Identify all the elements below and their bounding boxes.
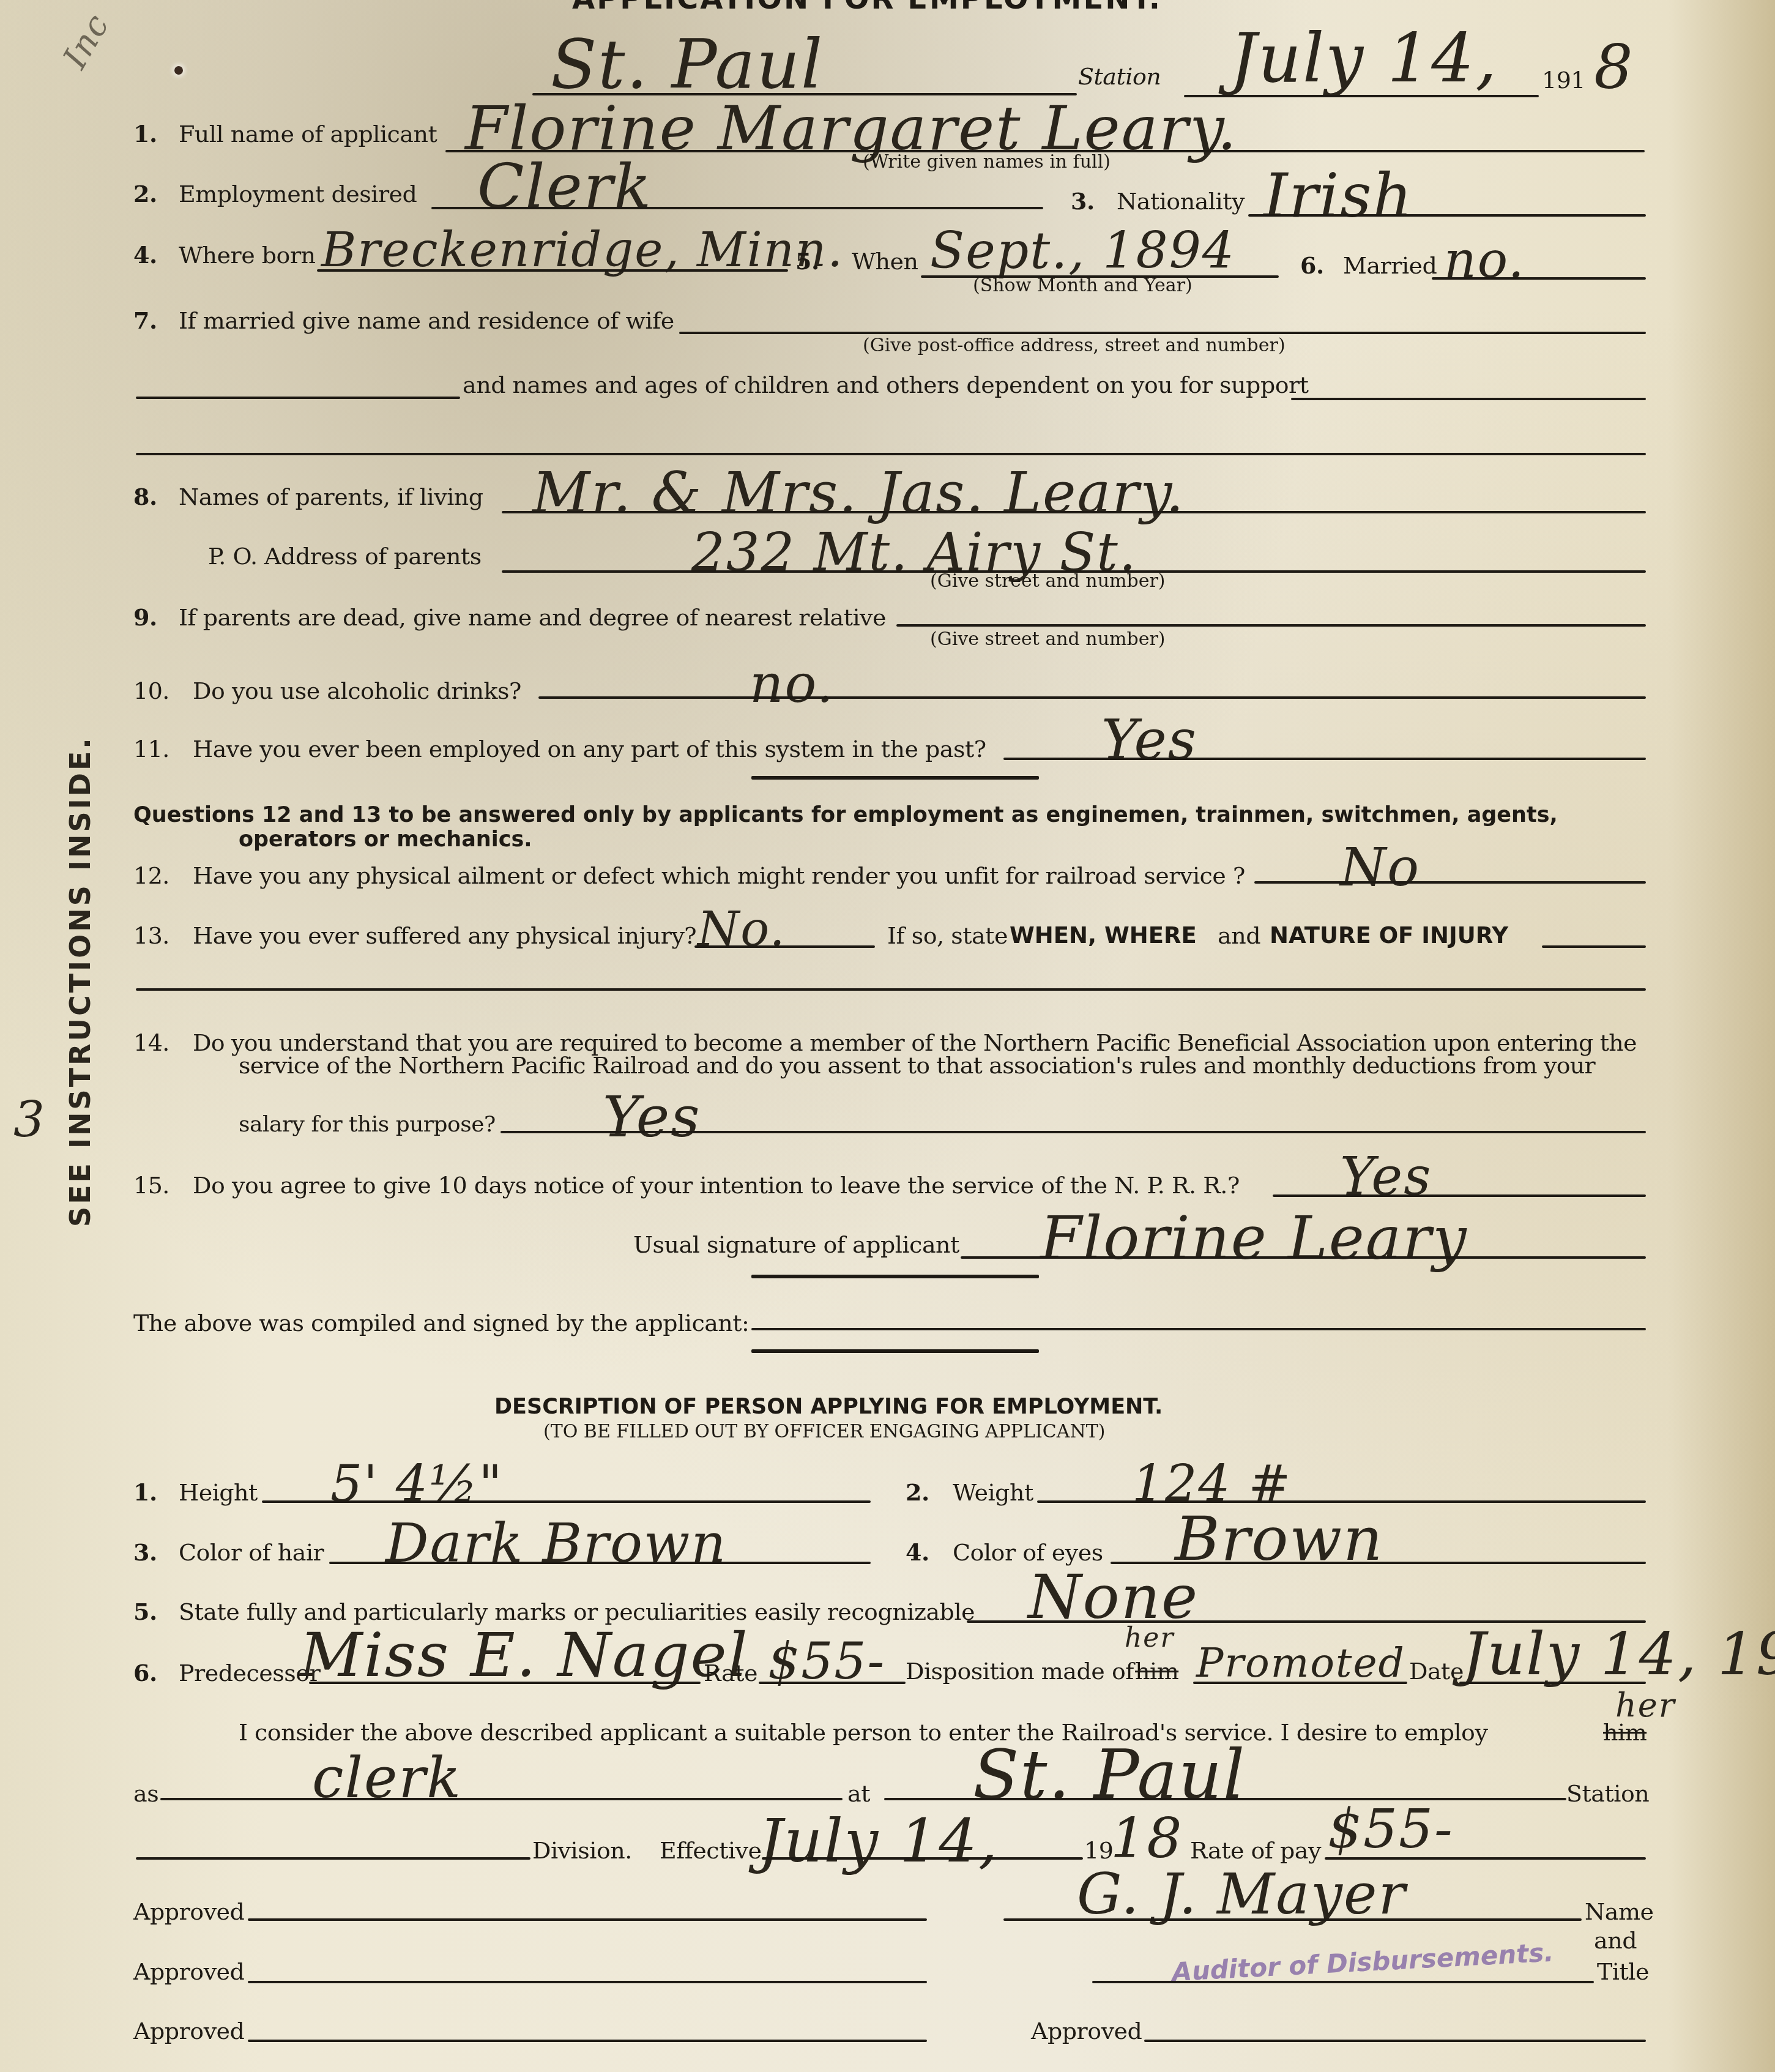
birth-date-hint: (Show Month and Year) <box>973 277 1193 295</box>
q11-label: Have you ever been employed on any part … <box>193 737 986 761</box>
effective-date-field[interactable] <box>762 1857 1083 1860</box>
nationality-field[interactable] <box>1248 214 1646 217</box>
rate-of-pay-value[interactable]: $55- <box>1328 1802 1454 1856</box>
description-subheading: (TO BE FILLED OUT BY OFFICER ENGAGING AP… <box>543 1423 1105 1441</box>
form-title: APPLICATION FOR EMPLOYMENT. <box>572 0 1162 13</box>
position-field[interactable] <box>160 1798 843 1800</box>
corner-annotation: Inc <box>58 9 115 74</box>
disposition-value[interactable]: Promoted <box>1196 1643 1405 1683</box>
at-label: at <box>847 1782 870 1805</box>
d6-label: Predecessor <box>179 1661 320 1685</box>
eye-color-value[interactable]: Brown <box>1175 1508 1384 1570</box>
q3-label: Nationality <box>1117 190 1245 213</box>
q7-number: 7. <box>133 309 157 332</box>
q7-label: If married give name and residence of wi… <box>179 309 674 332</box>
q3-number: 3. <box>1071 190 1095 213</box>
q13-when-where-label: WHEN, WHERE <box>1010 924 1197 947</box>
wife-residence-field[interactable] <box>679 332 1646 334</box>
q6-label: Married <box>1343 254 1437 277</box>
location-field[interactable] <box>884 1798 1566 1800</box>
q15-number: 15. <box>133 1174 169 1197</box>
q10-number: 10. <box>133 679 169 702</box>
station-label: Station <box>1078 65 1161 88</box>
q5-label: When <box>852 250 918 273</box>
q12-label: Have you any physical ailment or defect … <box>193 864 1245 887</box>
q2-number: 2. <box>133 182 157 206</box>
q1-label: Full name of applicant <box>179 122 437 146</box>
q13-ifso-label: If so, state <box>887 924 1008 947</box>
divider <box>751 1275 1039 1278</box>
approved-field-4[interactable] <box>1144 2040 1646 2042</box>
q7-continuation-field[interactable] <box>136 397 460 399</box>
description-heading: DESCRIPTION OF PERSON APPLYING FOR EMPLO… <box>494 1396 1163 1418</box>
disposition-field[interactable] <box>1193 1682 1407 1684</box>
q13-label: Have you ever suffered any physical inju… <box>193 924 696 947</box>
q14-line2: service of the Northern Pacific Railroad… <box>239 1054 1595 1077</box>
q4-label: Where born <box>179 244 316 267</box>
parents-names-field[interactable] <box>502 511 1646 513</box>
dependents-field[interactable] <box>1291 398 1646 400</box>
margin-instructions-note: SEE INSTRUCTIONS INSIDE. <box>64 736 97 1227</box>
height-field[interactable] <box>262 1500 871 1503</box>
physical-injury-field[interactable] <box>694 945 875 948</box>
q1-number: 1. <box>133 122 157 146</box>
nearest-relative-field[interactable] <box>896 624 1646 627</box>
q14-line1: Do you understand that you are required … <box>193 1031 1637 1054</box>
approved-field-1[interactable] <box>248 1918 927 1921</box>
approved-label-4: Approved <box>1031 2019 1142 2043</box>
officer-title-field[interactable] <box>1092 1981 1594 1983</box>
station-suffix-label: Station <box>1566 1782 1649 1805</box>
q15-label: Do you agree to give 10 days notice of y… <box>193 1174 1240 1197</box>
divider <box>751 1349 1039 1353</box>
nbpa-assent-value[interactable]: Yes <box>603 1089 701 1146</box>
notice-agreement-field[interactable] <box>1273 1194 1646 1197</box>
q8-number: 8. <box>133 485 157 509</box>
officer-name-field[interactable] <box>1003 1918 1582 1921</box>
q2-label: Employment desired <box>179 182 417 206</box>
signature-label: Usual signature of applicant <box>633 1233 959 1256</box>
disposition-date-label: Date <box>1409 1660 1464 1683</box>
predecessor-rate-value[interactable]: $55- <box>768 1637 885 1687</box>
d2-label: Weight <box>953 1481 1033 1504</box>
d6-number: 6. <box>133 1661 157 1685</box>
consider-statement: I consider the above described applicant… <box>239 1721 1487 1744</box>
d4-number: 4. <box>906 1541 929 1564</box>
compiled-label: The above was compiled and signed by the… <box>133 1311 749 1335</box>
q4-number: 4. <box>133 244 157 267</box>
applicant-signature-value[interactable]: Florine Leary <box>1040 1209 1468 1269</box>
q13-and-label: and <box>1218 924 1260 947</box>
disposition-date-value[interactable]: July 14, 1918 <box>1462 1625 1775 1683</box>
q10-label: Do you use alcoholic drinks? <box>193 679 521 702</box>
year-prefix: 191 <box>1542 69 1585 92</box>
injury-details-field-2[interactable] <box>136 988 1646 991</box>
predecessor-rate-field[interactable] <box>759 1682 906 1684</box>
d1-label: Height <box>179 1481 258 1504</box>
d3-number: 3. <box>133 1541 157 1564</box>
approved-label-1: Approved <box>133 1900 244 1923</box>
employment-application-form: Inc SEE INSTRUCTIONS INSIDE. 3 APPLICATI… <box>0 0 1775 2072</box>
effective-year-suffix[interactable]: 18 <box>1111 1811 1183 1866</box>
q11-number: 11. <box>133 737 169 761</box>
officer-title-stamp: Auditor of Disbursements. <box>1171 1937 1554 1988</box>
divider <box>751 776 1039 780</box>
predecessor-value[interactable]: Miss E. Nagel <box>300 1625 749 1686</box>
peculiarities-value[interactable]: None <box>1028 1567 1199 1628</box>
q13-nature-label: NATURE OF INJURY <box>1270 924 1508 947</box>
rate-of-pay-field[interactable] <box>1325 1857 1646 1860</box>
injury-details-field[interactable] <box>1542 945 1646 948</box>
parents-address-label: P. O. Address of parents <box>208 545 482 568</box>
employment-desired-field[interactable] <box>431 207 1043 209</box>
where-born-value[interactable]: Breckenridge, Minn. <box>321 226 844 274</box>
d3-label: Color of hair <box>179 1541 324 1564</box>
q13-number: 13. <box>133 924 169 947</box>
officer-name-value[interactable]: G. J. Mayer <box>1077 1866 1406 1923</box>
q14-line3: salary for this purpose? <box>239 1114 496 1136</box>
wife-residence-hint: (Give post-office address, street and nu… <box>863 337 1286 355</box>
q5-number: 5. <box>795 250 819 273</box>
approved-field-2[interactable] <box>248 1981 927 1983</box>
effective-date-value[interactable]: July 14, <box>759 1811 999 1871</box>
title-label: Title <box>1597 1960 1649 1983</box>
disposition-date-field[interactable] <box>1459 1682 1646 1684</box>
q7-dependents-label: and names and ages of children and other… <box>463 373 1309 397</box>
effective-year-prefix: 19 <box>1084 1839 1113 1862</box>
full-name-hint: (Write given names in full) <box>863 153 1111 171</box>
q9-number: 9. <box>133 606 157 629</box>
rate-of-pay-label: Rate of pay <box>1190 1839 1321 1862</box>
hair-color-field[interactable] <box>329 1562 871 1564</box>
disposition-struck-word: him <box>1135 1660 1178 1683</box>
dependents-field-2[interactable] <box>136 453 1646 455</box>
applicant-signature-field[interactable] <box>961 1256 1646 1259</box>
disposition-label: Disposition made of <box>906 1660 1134 1683</box>
predecessor-rate-label: Rate <box>704 1661 757 1685</box>
nearest-relative-hint: (Give street and number) <box>930 630 1165 649</box>
nationality-value[interactable]: Irish <box>1263 165 1413 226</box>
station-value[interactable]: St. Paul <box>551 31 824 98</box>
effective-label: Effective <box>660 1839 762 1862</box>
q6-number: 6. <box>1300 254 1324 277</box>
punch-hole <box>174 66 183 75</box>
margin-number: 3 <box>13 1095 46 1144</box>
where-born-field[interactable] <box>317 269 788 272</box>
compiled-field[interactable] <box>751 1328 1646 1330</box>
consider-correction: her <box>1615 1689 1676 1722</box>
approved-label-3: Approved <box>133 2019 244 2043</box>
physical-ailment-value[interactable]: No <box>1340 841 1420 894</box>
prior-employment-field[interactable] <box>1003 758 1646 760</box>
approved-field-3[interactable] <box>248 2040 927 2042</box>
disposition-correction: her <box>1125 1625 1174 1652</box>
alcohol-field[interactable] <box>538 696 1646 699</box>
division-field[interactable] <box>136 1857 530 1860</box>
nbpa-assent-field[interactable] <box>500 1131 1646 1133</box>
d5-number: 5. <box>133 1600 157 1623</box>
alcohol-value[interactable]: no. <box>750 658 835 710</box>
q9-label: If parents are dead, give name and degre… <box>179 606 886 629</box>
q14-number: 14. <box>133 1031 169 1054</box>
physical-ailment-field[interactable] <box>1254 881 1646 884</box>
d2-number: 2. <box>906 1481 929 1504</box>
as-label: as <box>133 1782 158 1805</box>
married-field[interactable] <box>1432 277 1646 280</box>
date-value[interactable]: July 14, <box>1230 24 1498 92</box>
approved-label-2: Approved <box>133 1960 244 1983</box>
parents-address-hint: (Give street and number) <box>930 572 1165 591</box>
d1-number: 1. <box>133 1481 157 1504</box>
q12-number: 12. <box>133 864 169 887</box>
and-label: and <box>1594 1929 1637 1952</box>
notice-12-13-line2: operators or mechanics. <box>239 829 532 851</box>
q8-label: Names of parents, if living <box>179 485 483 509</box>
birth-date-value[interactable]: Sept., 1894 <box>930 226 1235 277</box>
notice-12-13-line1: Questions 12 and 13 to be answered only … <box>133 805 1558 826</box>
name-label: Name <box>1585 1900 1653 1923</box>
year-suffix[interactable]: 8 <box>1594 37 1634 98</box>
division-label: Division. <box>532 1839 632 1862</box>
predecessor-field[interactable] <box>309 1682 701 1684</box>
